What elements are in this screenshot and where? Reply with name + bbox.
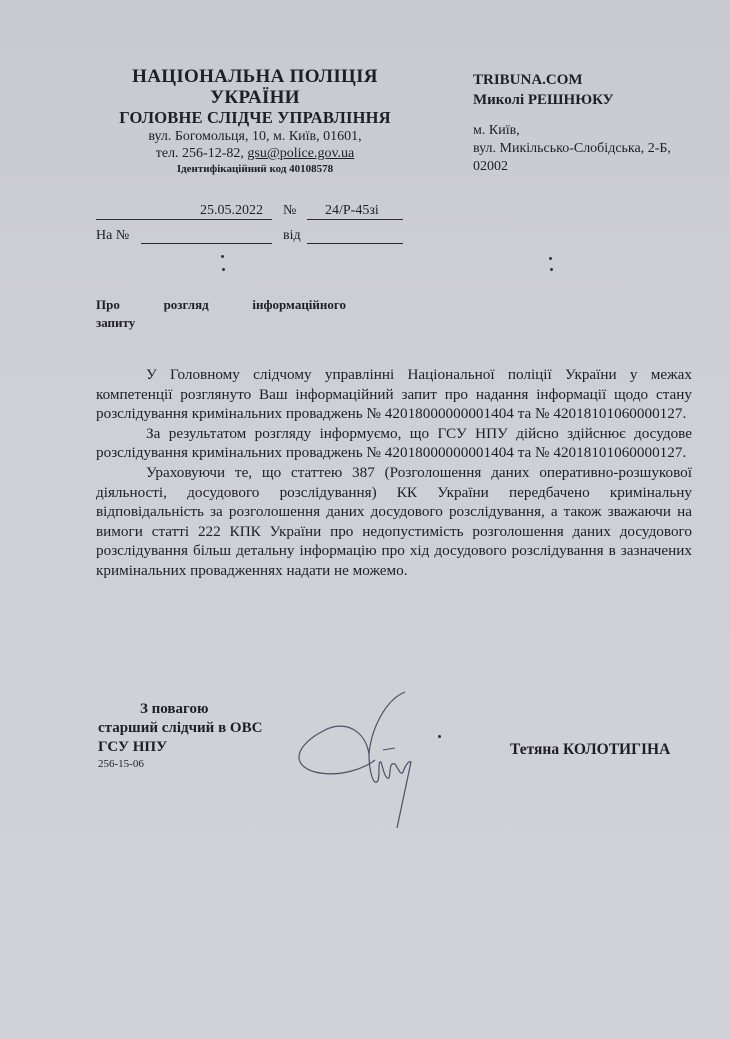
outgoing-date: 25.05.2022 <box>200 203 263 219</box>
stray-dot <box>221 255 224 258</box>
sender-address: вул. Богомольця, 10, м. Київ, 01601, <box>95 128 415 145</box>
stray-dot <box>550 268 553 271</box>
sender-email-link[interactable]: gsu@police.gov.ua <box>247 146 354 161</box>
recipient-city: м. Київ, <box>473 122 723 140</box>
stray-dot <box>438 735 441 738</box>
recipient-block: TRIBUNA.COM Миколі РЕШНЮКУ м. Київ, вул.… <box>473 70 723 176</box>
subject-line-1: Про розгляд інформаційного <box>96 296 346 314</box>
recipient-name: Миколі РЕШНЮКУ <box>473 90 723 110</box>
number-sign: № <box>283 203 296 219</box>
sender-phone: тел. 256-12-82, <box>156 146 248 161</box>
signatory-name: Тетяна КОЛОТИГІНА <box>510 741 670 759</box>
department-name: ГОЛОВНЕ СЛІДЧЕ УПРАВЛІННЯ <box>95 108 415 128</box>
recipient-street: вул. Микільсько-Слобідська, 2-Б, <box>473 140 723 158</box>
outgoing-number: 24/Р-45зі <box>325 203 379 219</box>
recipient-outlet: TRIBUNA.COM <box>473 70 723 90</box>
recipient-postcode: 02002 <box>473 158 723 176</box>
sender-contacts: тел. 256-12-82, gsu@police.gov.ua <box>95 145 415 162</box>
subject-line-2: запиту <box>96 314 346 332</box>
reply-to-label: На № <box>96 228 129 244</box>
handwritten-signature-icon <box>285 690 435 830</box>
letter-body: У Головному слідчому управлінні Націонал… <box>96 365 692 581</box>
letter-subject: Про розгляд інформаційного запиту <box>96 296 346 332</box>
subject-word: інформаційного <box>252 296 346 314</box>
stray-dot <box>222 268 225 271</box>
subject-word: розгляд <box>164 296 209 314</box>
body-paragraph-1: У Головному слідчому управлінні Націонал… <box>96 365 692 424</box>
subject-word: Про <box>96 296 120 314</box>
from-underline <box>307 243 403 244</box>
date-underline <box>96 219 272 220</box>
document-page: НАЦІОНАЛЬНА ПОЛІЦІЯ УКРАЇНИ ГОЛОВНЕ СЛІД… <box>0 0 730 1039</box>
reply-to-underline <box>141 243 272 244</box>
number-underline <box>307 219 403 220</box>
identification-code: Ідентифікаційний код 40108578 <box>95 162 415 176</box>
recipient-address: м. Київ, вул. Микільсько-Слобідська, 2-Б… <box>473 122 723 176</box>
stray-dot <box>549 257 552 260</box>
letterhead: НАЦІОНАЛЬНА ПОЛІЦІЯ УКРАЇНИ ГОЛОВНЕ СЛІД… <box>95 66 415 176</box>
body-paragraph-2: За результатом розгляду інформуємо, що Г… <box>96 424 692 463</box>
body-paragraph-3: Ураховуючи те, що статтею 387 (Розголоше… <box>96 463 692 581</box>
from-label: від <box>283 228 301 244</box>
organization-name: НАЦІОНАЛЬНА ПОЛІЦІЯ <box>95 66 415 87</box>
organization-country: УКРАЇНИ <box>95 87 415 108</box>
